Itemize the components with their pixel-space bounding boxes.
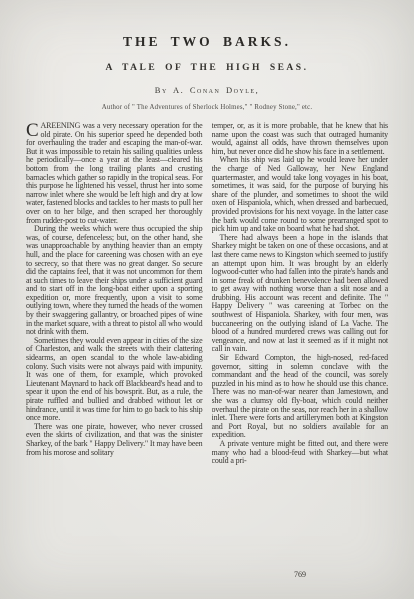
author-note: Author of " The Adventures of Sherlock H… [0,104,414,111]
byline: By A. Conan Doyle, [0,85,414,95]
paragraph: There had always been a hope in the isla… [212,234,389,354]
paragraph-text: AREENING was a very necessary operation … [26,122,203,225]
paragraph: There was one pirate, however, who never… [26,423,203,457]
page-number: 769 [256,570,344,579]
magazine-page: THE TWO BARKS. A TALE OF THE HIGH SEAS. … [0,0,414,599]
paragraph: When his ship was laid up he would leave… [212,156,389,233]
paragraph: A private venture might be fitted out, a… [212,440,389,466]
paragraph: During the weeks which were thus occupie… [26,225,203,337]
page-subtitle: A TALE OF THE HIGH SEAS. [0,63,414,73]
paragraph: CAREENING was a very necessary operation… [26,122,203,225]
page-title: THE TWO BARKS. [0,34,414,50]
text-columns: CAREENING was a very necessary operation… [0,111,414,570]
paragraph: Sir Edward Compton, the high-nosed, red-… [212,354,389,440]
left-column: CAREENING was a very necessary operation… [26,122,203,570]
paragraph: temper, or, as it is more probable, that… [212,122,389,156]
drop-cap: C [26,122,41,138]
masthead: THE TWO BARKS. A TALE OF THE HIGH SEAS. … [0,0,414,111]
right-column: temper, or, as it is more probable, that… [212,122,389,570]
paragraph: Sometimes they would even appear in citi… [26,337,203,423]
